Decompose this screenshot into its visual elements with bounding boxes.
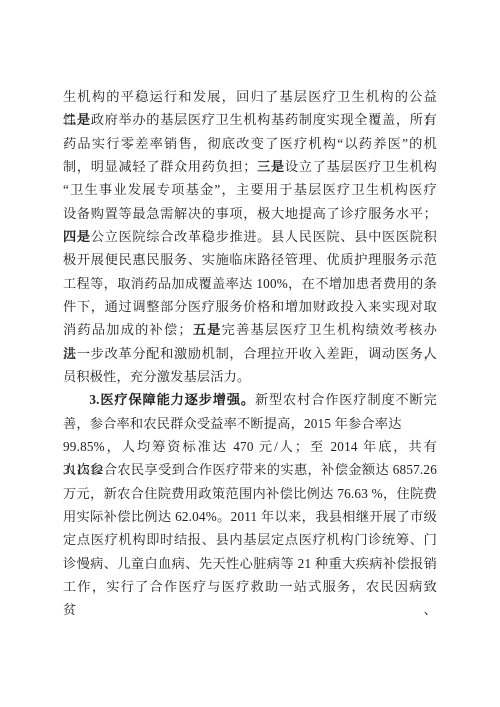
text-block: 生机构的平稳运行和发展，回归了基层医疗卫生机构的公益性；二是政府举办的基层医疗卫… — [63, 85, 437, 598]
text-segment: 用实际补偿比例达 62.04%。2011 年以来，我县相继开展了市级 — [63, 509, 437, 524]
text-line: 用实际补偿比例达 62.04%。2011 年以来，我县相继开展了市级 — [63, 505, 437, 528]
text-line: 制，明显减轻了群众用药负担；三是设立了基层医疗卫生机构 — [63, 155, 437, 178]
text-line: “卫生事业发展专项基金”，主要用于基层医疗卫生机构医疗 — [63, 178, 437, 201]
text-line: 员积极性，充分激发基层活力。 — [63, 365, 437, 388]
text-line: 消药品加成的补偿；五是完善基层医疗卫生机构绩效考核办法， — [63, 318, 437, 341]
text-segment: 万元，新农合住院费用政策范围内补偿比例达 76.63 %，住院费 — [63, 486, 437, 501]
text-line: 99.85%，人均筹资标准达 470 元/人；至 2014 年底，共有 3115… — [63, 435, 437, 458]
text-segment: 消药品加成的补偿； — [63, 322, 192, 337]
text-segment: 设立了基层医疗卫生机构 — [285, 159, 437, 174]
text-line: 工作，实行了合作医疗与医疗救助一站式服务，农民因病致贫、 — [63, 575, 437, 598]
text-line: 四是公立医院综合改革稳步推进。县人民医院、县中医医院积 — [63, 225, 437, 248]
text-segment: 善，参合率和农民群众受益率不断提高，2015 年参合率达 — [63, 416, 402, 431]
text-line: 诊慢病、儿童白血病、先天性心脏病等 21 种重大疾病补偿报销 — [63, 552, 437, 575]
text-segment: 极开展便民惠民服务、实施临床路径管理、优质护理服务示范 — [63, 252, 437, 267]
text-line: 生机构的平稳运行和发展，回归了基层医疗卫生机构的公益性； — [63, 85, 437, 108]
text-segment: 设备购置等最急需解决的事项，极大地提高了诊疗服务水平； — [63, 206, 437, 221]
bold-text-segment: 二是 — [63, 112, 91, 127]
text-segment: “卫生事业发展专项基金”，主要用于基层医疗卫生机构医疗 — [63, 182, 437, 197]
text-line: 工程等，取消药品加成覆盖率达 100%，在不增加患者费用的条 — [63, 272, 437, 295]
text-line: 定点医疗机构即时结报、县内基层定点医疗机构门诊统筹、门 — [63, 528, 437, 551]
text-segment: 人次参合农民享受到合作医疗带来的实惠，补偿金额达 6857.26 — [63, 462, 437, 477]
text-line: 药品实行零差率销售，彻底改变了医疗机构“以药养医”的机 — [63, 132, 437, 155]
text-segment: 新型农村合作医疗制度不断完 — [255, 392, 437, 407]
text-line: 二是政府举办的基层医疗卫生机构基药制度实现全覆盖，所有 — [63, 108, 437, 131]
text-segment: 诊慢病、儿童白血病、先天性心脏病等 21 种重大疾病补偿报销 — [63, 556, 437, 571]
text-segment: 公立医院综合改革稳步推进。县人民医院、县中医医院积 — [91, 229, 437, 244]
text-line: 3.医疗保障能力逐步增强。新型农村合作医疗制度不断完 — [63, 388, 437, 411]
text-segment: 件下，通过调整部分医疗服务价格和增加财政投入来实现对取 — [63, 299, 437, 314]
text-line: 万元，新农合住院费用政策范围内补偿比例达 76.63 %，住院费 — [63, 482, 437, 505]
text-line: 设备购置等最急需解决的事项，极大地提高了诊疗服务水平； — [63, 202, 437, 225]
document-page: 生机构的平稳运行和发展，回归了基层医疗卫生机构的公益性；二是政府举办的基层医疗卫… — [0, 0, 500, 707]
text-segment: 制，明显减轻了群众用药负担； — [63, 159, 257, 174]
text-line: 极开展便民惠民服务、实施临床路径管理、优质护理服务示范 — [63, 248, 437, 271]
bold-text-segment: 四是 — [63, 229, 91, 244]
bold-text-segment: 五是 — [192, 322, 222, 337]
text-segment: 工程等，取消药品加成覆盖率达 100%，在不增加患者费用的条 — [63, 276, 437, 291]
text-line: 件下，通过调整部分医疗服务价格和增加财政投入来实现对取 — [63, 295, 437, 318]
bold-text-segment: 3.医疗保障能力逐步增强。 — [89, 392, 255, 407]
text-segment: 定点医疗机构即时结报、县内基层定点医疗机构门诊统筹、门 — [63, 532, 437, 547]
text-line: 善，参合率和农民群众受益率不断提高，2015 年参合率达 — [63, 412, 437, 435]
text-line: 进一步改革分配和激励机制，合理拉开收入差距，调动医务人 — [63, 342, 437, 365]
text-segment: 工作，实行了合作医疗与医疗救助一站式服务，农民因病致贫、 — [63, 579, 437, 617]
bold-text-segment: 三是 — [257, 159, 285, 174]
text-segment: 进一步改革分配和激励机制，合理拉开收入差距，调动医务人 — [63, 346, 437, 361]
text-segment: 药品实行零差率销售，彻底改变了医疗机构“以药养医”的机 — [63, 136, 437, 151]
text-segment: 员积极性，充分激发基层活力。 — [63, 369, 250, 384]
text-line: 人次参合农民享受到合作医疗带来的实惠，补偿金额达 6857.26 — [63, 458, 437, 481]
text-segment: 政府举办的基层医疗卫生机构基药制度实现全覆盖，所有 — [91, 112, 437, 127]
